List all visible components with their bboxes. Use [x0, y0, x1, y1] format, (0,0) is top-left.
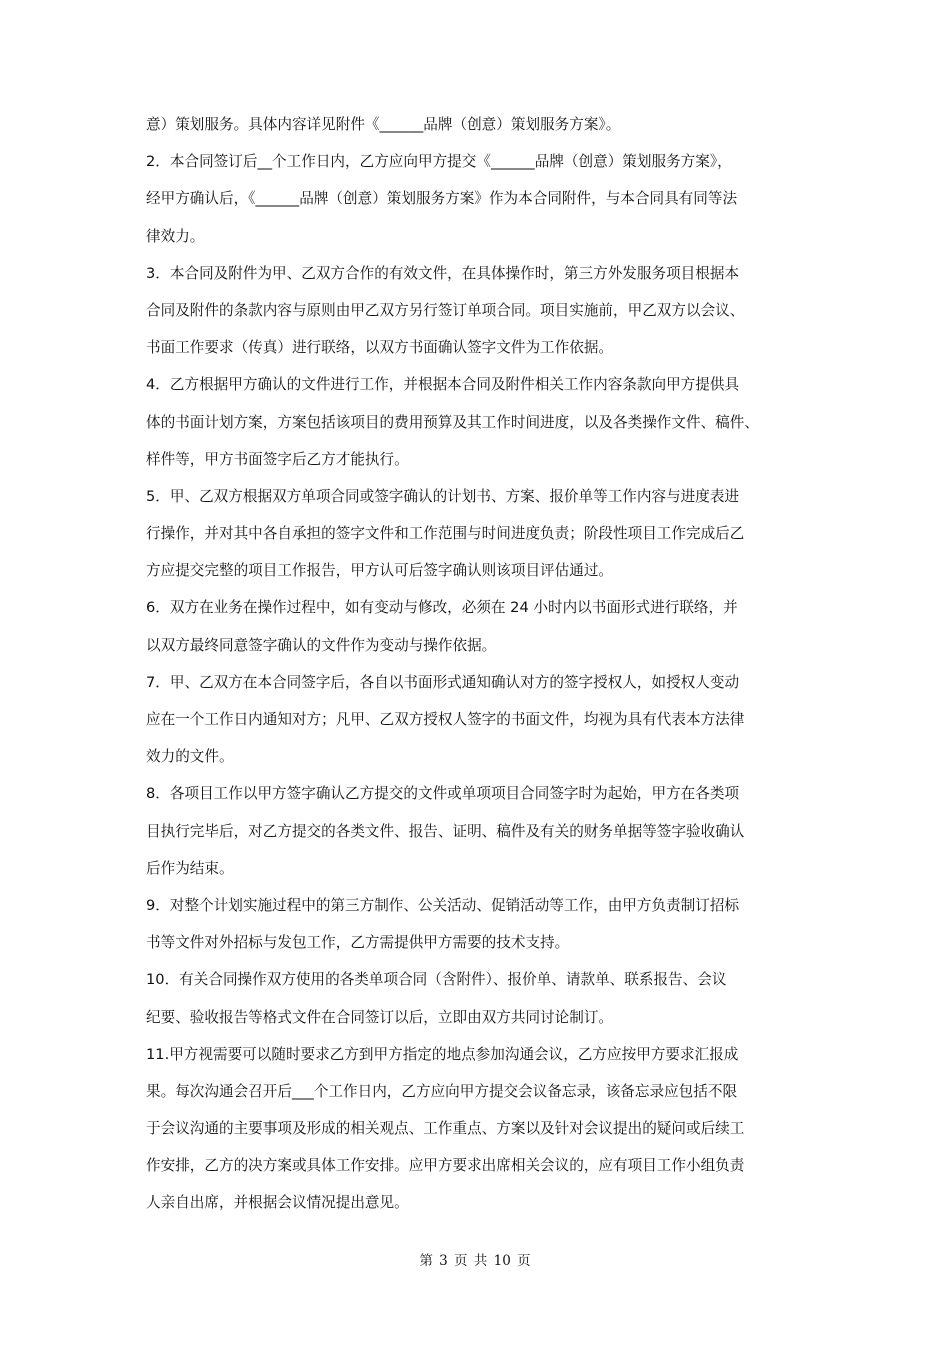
text-line: 方应提交完整的项目工作报告，甲方认可后签字确认则该项目评估通过。: [146, 558, 814, 595]
clause-11-line: 11.甲方视需要可以随时要求乙方到甲方指定的地点参加沟通会议，乙方应按甲方要求汇…: [146, 1042, 814, 1079]
page-number-footer: 第 3 页 共 10 页: [0, 1249, 950, 1269]
clause-8-line: 8．各项目工作以甲方签字确认乙方提交的文件或单项项目合同签字时为起始，甲方在各类…: [146, 781, 814, 818]
document-body: 意）策划服务。具体内容详见附件《______品牌（创意）策划服务方案》。 2．本…: [146, 112, 814, 1228]
text-line: 应在一个工作日内通知对方；凡甲、乙双方授权人签字的书面文件，均视为具有代表本方法…: [146, 707, 814, 744]
clause-6-line: 6．双方在业务在操作过程中，如有变动与修改，必须在 24 小时内以书面形式进行联…: [146, 595, 814, 632]
text-line: 果。每次沟通会召开后___个工作日内，乙方应向甲方提交会议备忘录，该备忘录应包括…: [146, 1079, 814, 1116]
text-line: 合同及附件的条款内容与原则由甲乙双方另行签订单项合同。项目实施前，甲乙双方以会议…: [146, 298, 814, 335]
clause-3-line: 3．本合同及附件为甲、乙双方合作的有效文件，在具体操作时，第三方外发服务项目根据…: [146, 261, 814, 298]
clause-7-line: 7．甲、乙双方在本合同签字后，各自以书面形式通知确认对方的签字授权人，如授权人变…: [146, 670, 814, 707]
clause-9-line: 9．对整个计划实施过程中的第三方制作、公关活动、促销活动等工作，由甲方负责制订招…: [146, 893, 814, 930]
text-line: 于会议沟通的主要事项及形成的相关观点、工作重点、方案以及针对会议提出的疑问或后续…: [146, 1116, 814, 1153]
text-line: 人亲自出席，并根据会议情况提出意见。: [146, 1190, 814, 1227]
text-line: 样件等，甲方书面签字后乙方才能执行。: [146, 447, 814, 484]
clause-5-line: 5．甲、乙双方根据双方单项合同或签字确认的计划书、方案、报价单等工作内容与进度表…: [146, 484, 814, 521]
text-line: 目执行完毕后，对乙方提交的各类文件、报告、证明、稿件及有关的财务单据等签字验收确…: [146, 819, 814, 856]
text-line: 后作为结束。: [146, 856, 814, 893]
text-line: 体的书面计划方案，方案包括该项目的费用预算及其工作时间进度，以及各类操作文件、稿…: [146, 410, 814, 447]
text-line: 以双方最终同意签字确认的文件作为变动与操作依据。: [146, 633, 814, 670]
text-line: 作安排，乙方的决方案或具体工作安排。应甲方要求出席相关会议的，应有项目工作小组负…: [146, 1153, 814, 1190]
text-line: 效力的文件。: [146, 744, 814, 781]
document-page: 意）策划服务。具体内容详见附件《______品牌（创意）策划服务方案》。 2．本…: [0, 0, 950, 1346]
text-line: 意）策划服务。具体内容详见附件《______品牌（创意）策划服务方案》。: [146, 112, 814, 149]
text-line: 书等文件对外招标与发包工作，乙方需提供甲方需要的技术支持。: [146, 930, 814, 967]
clause-4-line: 4．乙方根据甲方确认的文件进行工作，并根据本合同及附件相关工作内容条款向甲方提供…: [146, 372, 814, 409]
clause-10-line: 10．有关合同操作双方使用的各类单项合同（含附件）、报价单、请款单、联系报告、会…: [146, 967, 814, 1004]
text-line: 经甲方确认后，《______品牌（创意）策划服务方案》作为本合同附件，与本合同具…: [146, 186, 814, 223]
text-line: 书面工作要求（传真）进行联络，以双方书面确认签字文件为工作依据。: [146, 335, 814, 372]
clause-2-line: 2．本合同签订后__个工作日内，乙方应向甲方提交《______品牌（创意）策划服…: [146, 149, 814, 186]
text-line: 纪要、验收报告等格式文件在合同签订以后，立即由双方共同讨论制订。: [146, 1005, 814, 1042]
text-line: 律效力。: [146, 224, 814, 261]
text-line: 行操作，并对其中各自承担的签字文件和工作范围与时间进度负责；阶段性项目工作完成后…: [146, 521, 814, 558]
